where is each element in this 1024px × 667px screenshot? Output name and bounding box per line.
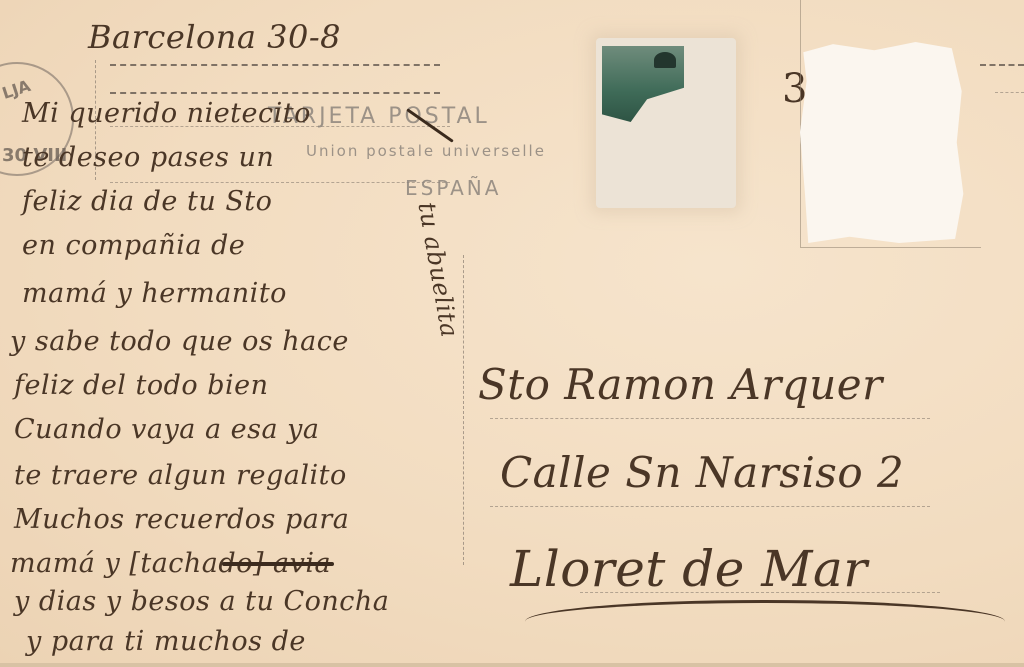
crown-icon (654, 52, 676, 68)
center-divider (463, 255, 464, 565)
message-line: feliz dia de tu Sto (22, 186, 272, 217)
cancel-espana: ESPAÑA (405, 176, 501, 200)
message-line: en compañia de (22, 230, 245, 261)
dateline: Barcelona 30-8 (88, 18, 341, 56)
message-line: te traere algun regalito (14, 460, 347, 491)
message-line: te deseo pases un (22, 142, 274, 173)
message-line: Muchos recuerdos para (14, 504, 349, 535)
printed-rule (110, 182, 450, 183)
message-line: mamá y hermanito (22, 278, 287, 309)
address-street: Calle Sn Narsiso 2 (500, 448, 904, 497)
vertical-signature: tu abuelita (412, 200, 463, 340)
address-underline-swash (525, 600, 1005, 643)
message-line: y para ti muchos de (26, 626, 306, 657)
message-line: Cuando vaya a esa ya (14, 414, 319, 445)
postcard: LJA 30 VIII TARJETA POSTAL Union postale… (0, 0, 1024, 667)
address-city: Lloret de Mar (510, 540, 868, 598)
card-edge (0, 663, 1024, 667)
address-rule (490, 506, 930, 507)
message-line: Mi querido nietecito (22, 98, 311, 129)
message-line: y dias y besos a tu Concha (14, 586, 389, 617)
torn-stamp-area (800, 40, 965, 245)
printed-rule (110, 92, 440, 94)
printed-rule (110, 64, 440, 66)
edge-dash (995, 92, 1024, 93)
stamp-remnant (596, 38, 736, 208)
message-line: feliz del todo bien (14, 370, 269, 401)
cancel-upu: Union postale universelle (306, 142, 546, 160)
strikethrough (222, 562, 334, 566)
edge-dash (980, 64, 1024, 66)
address-rule (490, 418, 930, 419)
message-line: y sabe todo que os hace (10, 326, 349, 357)
address-recipient: Sto Ramon Arquer (478, 360, 883, 409)
